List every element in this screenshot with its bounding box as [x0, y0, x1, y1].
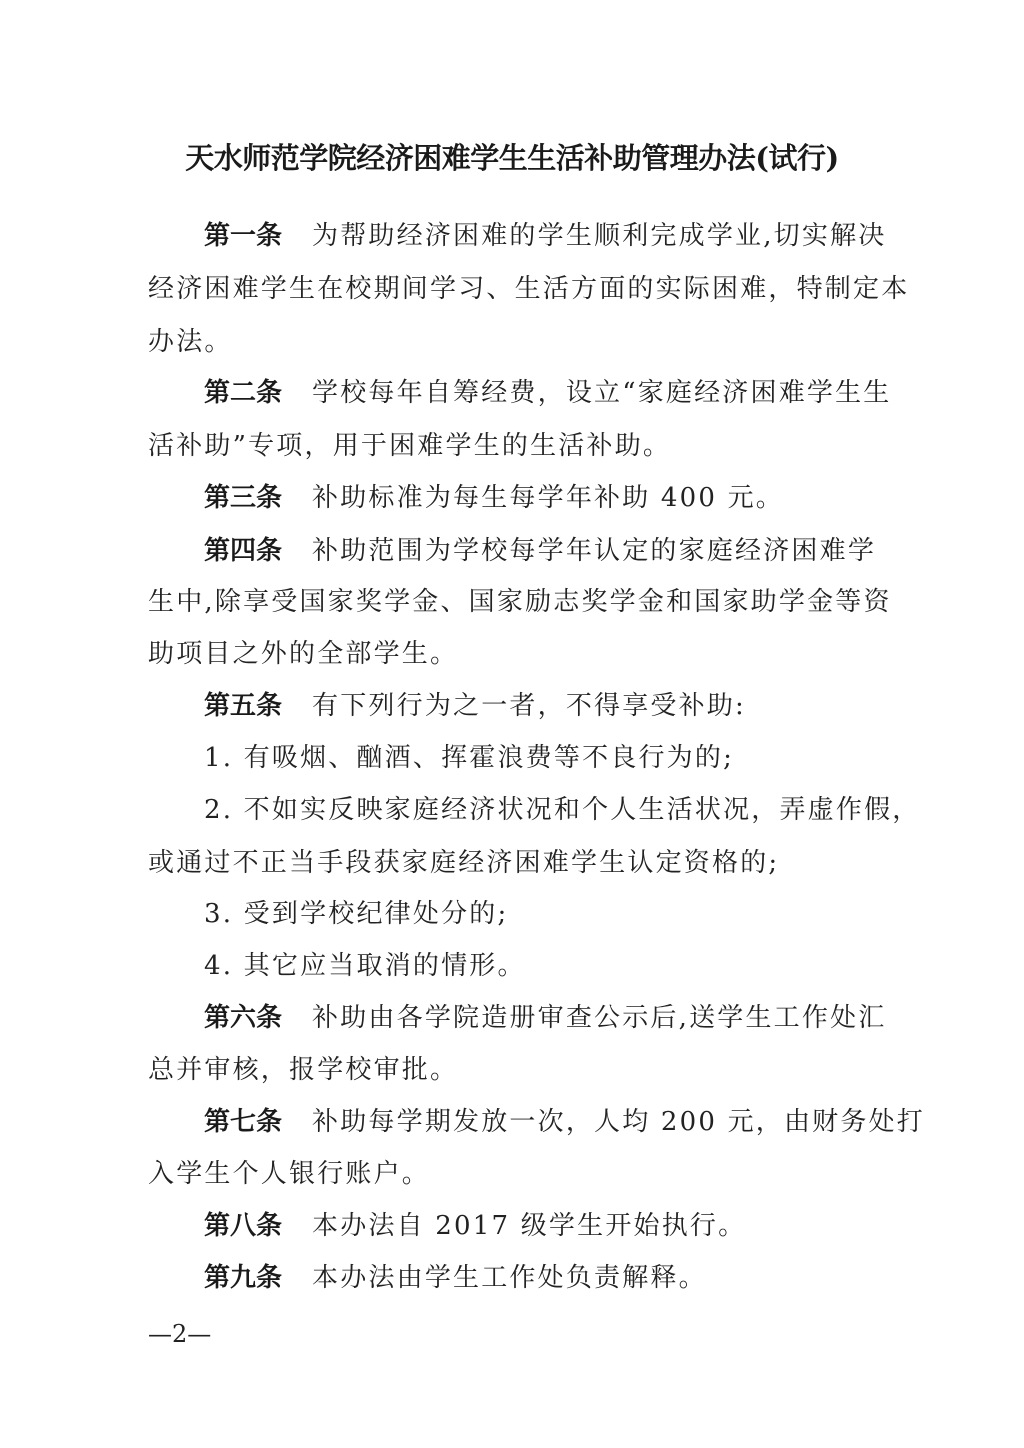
article-text: 入学生个人银行账户。 — [148, 1159, 430, 1189]
document-title: 天水师范学院经济困难学生生活补助管理办法(试行) — [0, 136, 1024, 177]
list-item-text: 4. 其它应当取消的情形。 — [204, 951, 526, 981]
article-5-item-4: 4. 其它应当取消的情形。 — [204, 948, 934, 984]
article-text: 有下列行为之一者，不得享受补助: — [312, 691, 746, 721]
article-text: 学校每年自筹经费，设立“家庭经济困难学生生 — [312, 378, 892, 408]
document-page: 天水师范学院经济困难学生生活补助管理办法(试行) 第一条为帮助经济困难的学生顺利… — [0, 0, 1024, 1448]
list-item-text: 1. 有吸烟、酗酒、挥霍浪费等不良行为的; — [204, 743, 734, 773]
article-4-line-1: 第四条补助范围为学校每学年认定的家庭经济困难学 — [204, 533, 934, 569]
article-label: 第四条 — [204, 536, 282, 566]
list-item-text: 3. 受到学校纪律处分的; — [204, 899, 508, 929]
article-5-item-1: 1. 有吸烟、酗酒、挥霍浪费等不良行为的; — [204, 740, 934, 776]
article-label: 第八条 — [204, 1211, 282, 1241]
article-text: 为帮助经济困难的学生顺利完成学业,切实解决 — [312, 221, 886, 251]
article-text: 办法。 — [148, 327, 233, 357]
article-9-line-1: 第九条本办法由学生工作处负责解释。 — [204, 1260, 934, 1296]
article-text: 本办法自 2017 级学生开始执行。 — [312, 1211, 746, 1241]
article-label: 第一条 — [204, 221, 282, 251]
list-item-text: 2. 不如实反映家庭经济状况和个人生活状况，弄虚作假， — [204, 795, 920, 825]
article-text: 助项目之外的全部学生。 — [148, 639, 458, 669]
article-1-line-3: 办法。 — [148, 324, 878, 360]
article-text: 生中,除享受国家奖学金、国家励志奖学金和国家助学金等资 — [148, 587, 892, 617]
article-label: 第五条 — [204, 691, 282, 721]
article-label: 第三条 — [204, 483, 282, 513]
article-4-line-2: 生中,除享受国家奖学金、国家励志奖学金和国家助学金等资 — [148, 584, 878, 620]
article-label: 第二条 — [204, 378, 282, 408]
article-text: 补助每学期发放一次，人均 200 元，由财务处打 — [312, 1107, 925, 1137]
article-5-item-3: 3. 受到学校纪律处分的; — [204, 896, 934, 932]
article-2-line-2: 活补助”专项，用于困难学生的生活补助。 — [148, 428, 878, 464]
article-label: 第六条 — [204, 1003, 282, 1033]
article-text: 补助标准为每生每学年补助 400 元。 — [312, 483, 784, 513]
article-7-line-1: 第七条补助每学期发放一次，人均 200 元，由财务处打 — [204, 1104, 934, 1140]
article-text: 本办法由学生工作处负责解释。 — [312, 1263, 707, 1293]
article-4-line-3: 助项目之外的全部学生。 — [148, 636, 878, 672]
article-label: 第九条 — [204, 1263, 282, 1293]
article-5-item-2-line-2: 或通过不正当手段获家庭经济困难学生认定资格的; — [148, 845, 878, 881]
page-number: —2— — [148, 1318, 211, 1350]
list-item-text: 或通过不正当手段获家庭经济困难学生认定资格的; — [148, 848, 779, 878]
article-5-line-1: 第五条有下列行为之一者，不得享受补助: — [204, 688, 934, 724]
article-5-item-2-line-1: 2. 不如实反映家庭经济状况和个人生活状况，弄虚作假， — [204, 792, 934, 828]
article-6-line-1: 第六条补助由各学院造册审查公示后,送学生工作处汇 — [204, 1000, 934, 1036]
article-1-line-1: 第一条为帮助经济困难的学生顺利完成学业,切实解决 — [204, 218, 934, 254]
article-text: 补助由各学院造册审查公示后,送学生工作处汇 — [312, 1003, 886, 1033]
article-text: 补助范围为学校每学年认定的家庭经济困难学 — [312, 536, 876, 566]
article-text: 经济困难学生在校期间学习、生活方面的实际困难，特制定本 — [148, 274, 909, 304]
article-3-line-1: 第三条补助标准为每生每学年补助 400 元。 — [204, 480, 934, 516]
article-8-line-1: 第八条本办法自 2017 级学生开始执行。 — [204, 1208, 934, 1244]
article-1-line-2: 经济困难学生在校期间学习、生活方面的实际困难，特制定本 — [148, 271, 878, 307]
article-7-line-2: 入学生个人银行账户。 — [148, 1156, 878, 1192]
article-6-line-2: 总并审核，报学校审批。 — [148, 1052, 878, 1088]
article-text: 活补助”专项，用于困难学生的生活补助。 — [148, 431, 671, 461]
article-2-line-1: 第二条学校每年自筹经费，设立“家庭经济困难学生生 — [204, 375, 934, 411]
article-text: 总并审核，报学校审批。 — [148, 1055, 458, 1085]
article-label: 第七条 — [204, 1107, 282, 1137]
